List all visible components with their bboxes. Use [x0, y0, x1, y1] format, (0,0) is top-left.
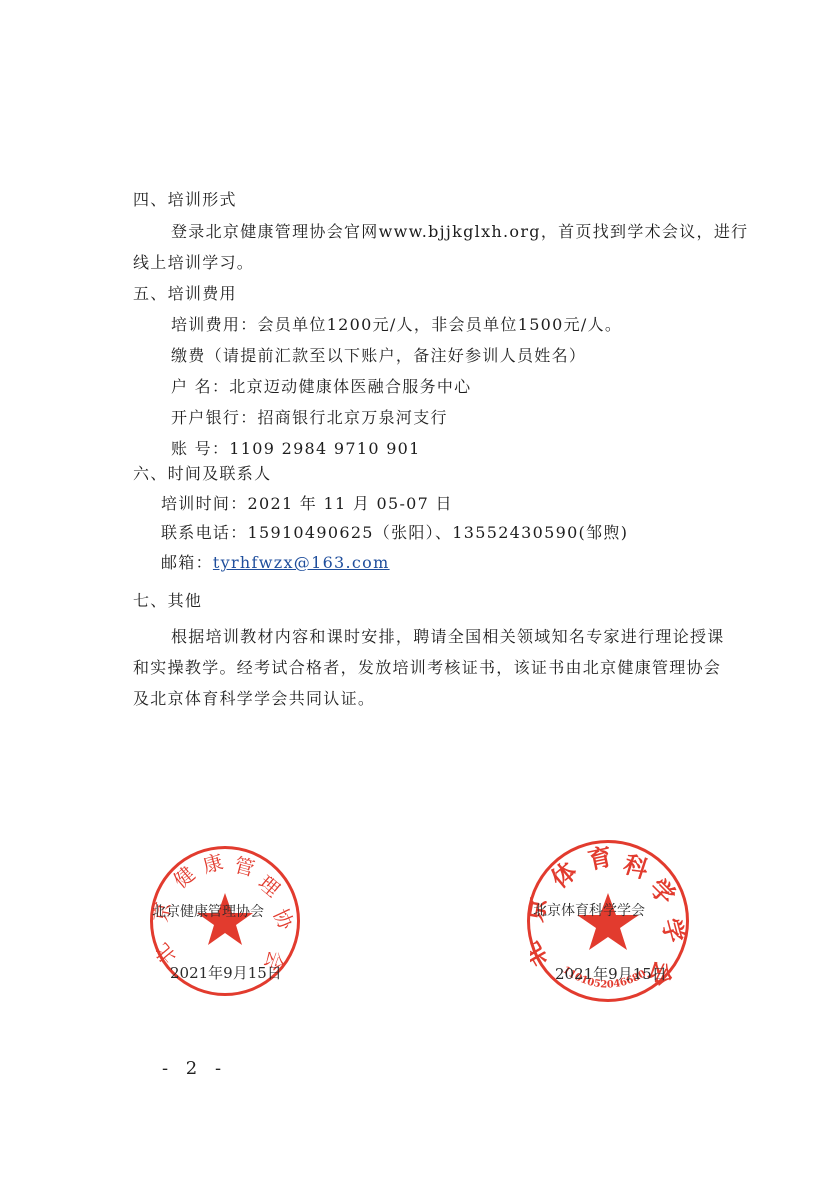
section-7-line2: 和实操教学。经考试合格者，发放培训考核证书，该证书由北京健康管理协会 — [133, 658, 721, 678]
seal-2-date: 2021年9月15日 — [555, 963, 667, 984]
section-7-line3: 及北京体育科学学会共同认证。 — [133, 689, 375, 709]
email-link[interactable]: tyrhfwzx@163.com — [213, 553, 390, 572]
contact-phone: 联系电话：15910490625（张阳）、13552430590(邹煦) — [161, 523, 628, 543]
account-name: 户 名：北京迈动健康体医融合服务中心 — [171, 377, 472, 397]
svg-text:协: 协 — [268, 905, 297, 934]
email-row: 邮箱：tyrhfwzx@163.com — [161, 553, 390, 573]
svg-text:管: 管 — [232, 853, 258, 881]
svg-text:理: 理 — [254, 870, 285, 901]
svg-text:学: 学 — [644, 873, 681, 910]
svg-text:北: 北 — [530, 937, 553, 972]
fee-text: 培训费用：会员单位1200元/人，非会员单位1500元/人。 — [171, 315, 622, 335]
training-time: 培训时间：2021 年 11 月 05-07 日 — [161, 494, 453, 514]
seal-2-signer: 北京体育科学学会 — [533, 900, 645, 920]
section-5-heading: 五、培训费用 — [133, 284, 237, 304]
page-number: - 2 - — [162, 1058, 227, 1079]
section-7-line1: 根据培训教材内容和课时安排，聘请全国相关领域知名专家进行理论授课 — [171, 627, 725, 647]
svg-text:健: 健 — [169, 862, 200, 893]
seal-1-signer: 北京健康管理协会 — [152, 901, 264, 921]
section-4-text-line2: 线上培训学习。 — [133, 253, 254, 273]
account-number: 账 号：1109 2984 9710 901 — [171, 439, 421, 459]
seal-1-date: 2021年9月15日 — [170, 962, 282, 983]
section-7-heading: 七、其他 — [133, 591, 202, 611]
section-4-heading: 四、培训形式 — [133, 190, 237, 210]
bank-name: 开户银行：招商银行北京万泉河支行 — [171, 408, 448, 428]
svg-text:学: 学 — [656, 915, 686, 946]
section-4-text-line1: 登录北京健康管理协会官网www.bjjkglxh.org，首页找到学术会议，进行 — [171, 222, 748, 242]
section-6-heading: 六、时间及联系人 — [133, 464, 271, 484]
svg-text:康: 康 — [200, 849, 226, 877]
svg-text:体: 体 — [545, 856, 582, 894]
email-label: 邮箱： — [161, 553, 213, 572]
svg-text:育: 育 — [585, 843, 615, 875]
payment-note: 缴费（请提前汇款至以下账户，备注好参训人员姓名） — [171, 346, 586, 366]
svg-text:科: 科 — [620, 849, 653, 884]
